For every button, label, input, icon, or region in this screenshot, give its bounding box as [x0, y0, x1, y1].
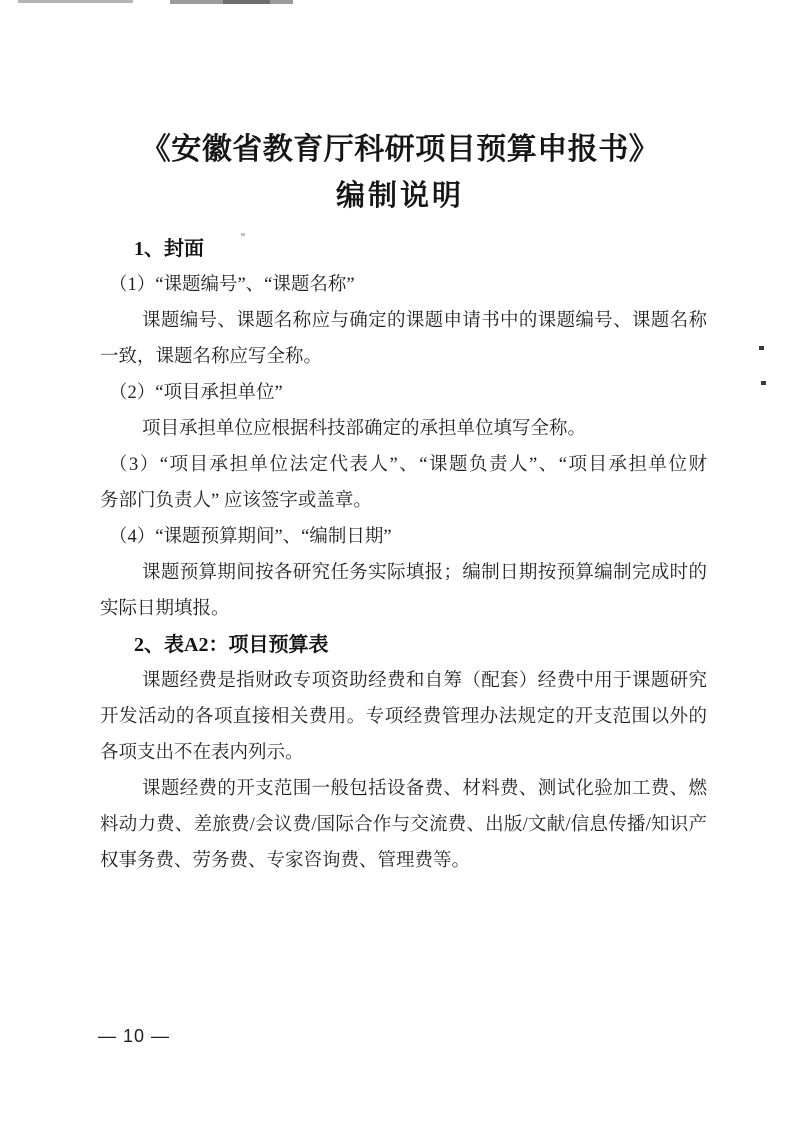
paragraph-line: 实际日期填报。 — [100, 591, 707, 627]
item-3-label: （3）“项目承担单位法定代表人”、“课题负责人”、“项目承担单位财 — [100, 447, 707, 483]
paragraph-line: 课题预算期间按各研究任务实际填报；编制日期按预算编制完成时的 — [100, 555, 707, 591]
document-body: 1、封面 （1）“课题编号”、“课题名称” 课题编号、课题名称应与确定的课题申请… — [100, 231, 707, 879]
scan-artifact-speck — [759, 346, 764, 350]
section-heading-cover: 1、封面 — [100, 231, 707, 267]
paragraph-line: 课题编号、课题名称应与确定的课题申请书中的课题编号、课题名称 — [100, 303, 707, 339]
paragraph-line: 课题经费是指财政专项资助经费和自筹（配套）经费中用于课题研究 — [100, 663, 707, 699]
document-title-line2: 编制说明 — [96, 174, 704, 219]
document-page: 《安徽省教育厅科研项目预算申报书》 编制说明 1、封面 （1）“课题编号”、“课… — [0, 0, 800, 1131]
item-2-label: （2）“项目承担单位” — [100, 375, 707, 411]
paragraph-line: 课题经费的开支范围一般包括设备费、材料费、测试化验加工费、燃 — [100, 771, 707, 807]
paragraph-line: 务部门负责人” 应该签字或盖章。 — [100, 483, 707, 519]
scan-artifact-bar — [223, 0, 270, 4]
paragraph-line: 项目承担单位应根据科技部确定的承担单位填写全称。 — [100, 411, 707, 447]
document-title: 《安徽省教育厅科研项目预算申报书》 编制说明 — [96, 126, 704, 219]
item-4-label: （4）“课题预算期间”、“编制日期” — [100, 519, 707, 555]
scan-artifact-bar — [18, 0, 133, 3]
paragraph-line: 开发活动的各项直接相关费用。专项经费管理办法规定的开支范围以外的 — [100, 699, 707, 735]
paragraph-line: 一致，课题名称应写全称。 — [100, 339, 707, 375]
document-title-line1: 《安徽省教育厅科研项目预算申报书》 — [96, 126, 704, 174]
page-number: — 10 — — [98, 1026, 170, 1047]
scan-artifact-speck — [761, 381, 766, 385]
paragraph-line: 料动力费、差旅费/会议费/国际合作与交流费、出版/文献/信息传播/知识产 — [100, 807, 707, 843]
item-1-label: （1）“课题编号”、“课题名称” — [100, 267, 707, 303]
section-heading-budget-table: 2、表A2：项目预算表 — [100, 627, 707, 663]
paragraph-line: 各项支出不在表内列示。 — [100, 735, 707, 771]
paragraph-line: 权事务费、劳务费、专家咨询费、管理费等。 — [100, 843, 707, 879]
